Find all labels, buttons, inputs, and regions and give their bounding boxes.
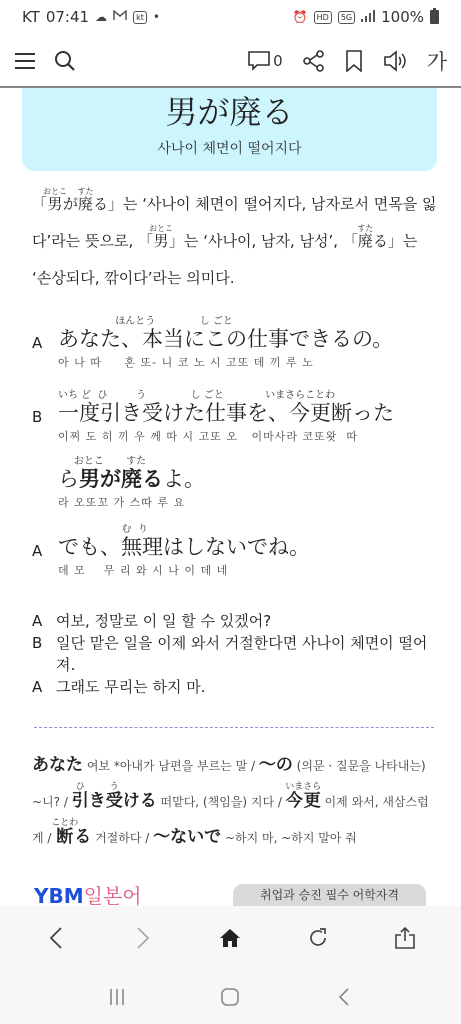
tts-button[interactable] bbox=[383, 50, 407, 72]
clock: 07:41 bbox=[46, 8, 89, 26]
battery-icon bbox=[430, 10, 439, 24]
speaker-label bbox=[32, 452, 58, 474]
share-icon bbox=[303, 50, 325, 72]
share-button[interactable] bbox=[303, 50, 325, 72]
translation-block: A 여보, 정말로 이 일 할 수 있겠어? B 일단 맡은 일을 이제 와서 … bbox=[32, 610, 442, 698]
forward-button[interactable] bbox=[123, 918, 163, 958]
search-button[interactable] bbox=[54, 50, 76, 72]
menu-icon bbox=[14, 52, 36, 70]
vocab-meaning: 떠맡다, (책임을) 지다 / bbox=[157, 795, 286, 809]
korean-pronunciation: 라 오또꼬 가 스따 루 요 bbox=[58, 494, 442, 510]
status-right: ⏰ HD 5G 100% bbox=[293, 8, 439, 26]
browser-nav-bar bbox=[0, 906, 461, 970]
vocabulary-block: あなた 여보 *아내가 남편을 부르는 말 / 〜の (의문 · 질문을 나타내… bbox=[32, 748, 437, 856]
vocab-meaning: 여보 *아내가 남편을 부르는 말 / bbox=[83, 759, 259, 773]
back-icon bbox=[338, 987, 350, 1007]
speaker-icon bbox=[383, 50, 407, 72]
font-size-button[interactable]: 가 bbox=[427, 46, 447, 76]
recent-apps-button[interactable] bbox=[97, 977, 137, 1017]
share-page-button[interactable] bbox=[385, 918, 425, 958]
bookmark-icon bbox=[345, 50, 363, 72]
title-korean: 사나이 체면이 떨어지다 bbox=[22, 138, 437, 158]
carrier-label: KT bbox=[22, 8, 40, 26]
search-icon bbox=[54, 50, 76, 72]
ad-banner[interactable]: YBM일본어 취업과 승진 필수 어학자격 bbox=[0, 880, 461, 906]
furigana-row: む り bbox=[58, 520, 442, 534]
signal-icon bbox=[361, 8, 375, 26]
comment-icon bbox=[248, 51, 270, 71]
dashed-separator bbox=[34, 727, 434, 728]
kt-icon: kt bbox=[133, 11, 147, 24]
menu-button[interactable] bbox=[14, 52, 36, 70]
refresh-icon bbox=[307, 927, 329, 949]
speaker-label: A bbox=[32, 312, 58, 352]
japanese-sentence: ら男が廃るよ。 bbox=[58, 466, 442, 492]
translation-text: 그래도 무리는 하지 마. bbox=[56, 676, 205, 698]
translation-text: 일단 맡은 일을 이제 와서 거절한다면 사나이 체면이 떨어져. bbox=[56, 632, 442, 676]
vocab-term: 〜ないで bbox=[153, 827, 221, 847]
dialogue-line-2-cont: おとこ すた ら男が廃るよ。 라 오또꼬 가 스따 루 요 bbox=[32, 452, 442, 510]
vocab-term: あなた bbox=[32, 755, 83, 775]
ruby-suta: 廃すた bbox=[78, 195, 93, 213]
system-home-button[interactable] bbox=[210, 977, 250, 1017]
5g-icon: 5G bbox=[338, 11, 355, 24]
chevron-right-icon bbox=[136, 926, 150, 950]
refresh-button[interactable] bbox=[298, 918, 338, 958]
status-bar: KT 07:41 ☁ kt • ⏰ HD 5G 100% bbox=[0, 0, 461, 34]
title-japanese: 男が廃る bbox=[22, 90, 437, 134]
dialogue-line-2: B いち ど ひ う し ごと いまさらことわ 一度引き受けた仕事を、今更断った… bbox=[32, 386, 442, 444]
explanation-paragraph: 「男おとこが廃すたる」는 ‘사나이 체면이 떨어지다, 남자로서 면목을 잃다’… bbox=[32, 186, 437, 297]
cloud-icon: ☁ bbox=[95, 10, 107, 24]
system-back-button[interactable] bbox=[324, 977, 364, 1017]
home-outline-icon bbox=[220, 987, 240, 1007]
translation-text: 여보, 정말로 이 일 할 수 있겠어? bbox=[56, 610, 271, 632]
korean-pronunciation: 데 모 무 리 와 시 나 이 데 네 bbox=[58, 562, 442, 578]
japanese-sentence: 一度引き受けた仕事を、今更断った bbox=[58, 400, 442, 426]
gmail-icon bbox=[113, 10, 127, 24]
title-box: 男が廃る 사나이 체면이 떨어지다 bbox=[22, 88, 437, 171]
speaker-label: B bbox=[32, 632, 56, 676]
translation-line: A 그래도 무리는 하지 마. bbox=[32, 676, 442, 698]
ruby-suta: 廃すた bbox=[358, 232, 373, 250]
korean-pronunciation: 이찌 도 히 끼 우 께 따 시 고또 오 이마사라 코또왓 따 bbox=[58, 428, 442, 444]
text: が bbox=[63, 195, 78, 213]
korean-pronunciation: 아 나 따 혼 또- 니 코 노 시 고또 데 끼 루 노 bbox=[58, 354, 442, 370]
japanese-sentence: でも、無理はしないでね。 bbox=[58, 534, 442, 560]
back-button[interactable] bbox=[36, 918, 76, 958]
share-upload-icon bbox=[394, 926, 416, 950]
vocab-term: 引ひき受うける bbox=[72, 791, 157, 811]
speaker-label: A bbox=[32, 520, 58, 560]
ruby-otoko: 男おとこ bbox=[47, 195, 63, 213]
battery-percent: 100% bbox=[381, 8, 424, 26]
japanese-sentence: あなた、本当にこの仕事できるの。 bbox=[58, 326, 442, 352]
home-icon bbox=[219, 928, 241, 948]
text: 」는 ‘사나이, 남자, 남성’, 「 bbox=[169, 232, 358, 250]
translation-line: A 여보, 정말로 이 일 할 수 있겠어? bbox=[32, 610, 442, 632]
status-left: KT 07:41 ☁ kt • bbox=[22, 8, 160, 26]
recent-apps-icon bbox=[108, 988, 126, 1006]
speaker-label: A bbox=[32, 610, 56, 632]
ruby-otoko: 男おとこ bbox=[153, 232, 169, 250]
highlighted-phrase: 男が廃る bbox=[79, 467, 163, 491]
furigana-row: いち ど ひ う し ごと いまさらことわ bbox=[58, 386, 442, 400]
dialogue-line-1: A ほんとう し ごと あなた、本当にこの仕事できるの。 아 나 따 혼 또- … bbox=[32, 312, 442, 370]
speaker-label: B bbox=[32, 386, 58, 426]
hd-icon: HD bbox=[314, 11, 332, 24]
vocab-term: 断ことわる bbox=[55, 827, 91, 847]
bookmark-button[interactable] bbox=[345, 50, 363, 72]
translation-line: B 일단 맡은 일을 이제 와서 거절한다면 사나이 체면이 떨어져. bbox=[32, 632, 442, 676]
ad-tab[interactable]: 취업과 승진 필수 어학자격 bbox=[233, 884, 426, 906]
dot-icon: • bbox=[153, 10, 160, 24]
furigana-row: ほんとう し ごと bbox=[58, 312, 442, 326]
vocab-term: 〜の bbox=[259, 755, 293, 775]
chevron-left-icon bbox=[49, 926, 63, 950]
alarm-icon: ⏰ bbox=[293, 10, 308, 24]
speaker-label: A bbox=[32, 676, 56, 698]
app-toolbar: 0 가 bbox=[0, 38, 461, 84]
home-button[interactable] bbox=[210, 918, 250, 958]
comment-count: 0 bbox=[273, 52, 283, 70]
vocab-meaning: 거절하다 / bbox=[91, 831, 153, 845]
ybm-logo[interactable]: YBM일본어 bbox=[34, 880, 142, 909]
comment-button[interactable]: 0 bbox=[248, 51, 283, 71]
furigana-row: おとこ すた bbox=[58, 452, 442, 466]
dialogue-line-3: A む り でも、無理はしないでね。 데 모 무 리 와 시 나 이 데 네 bbox=[32, 520, 442, 578]
system-nav-bar bbox=[0, 970, 461, 1024]
vocab-term: 今更いまさら bbox=[286, 791, 321, 811]
vocab-meaning: ~하지 마, ~하지 말아 줘 bbox=[221, 831, 357, 845]
